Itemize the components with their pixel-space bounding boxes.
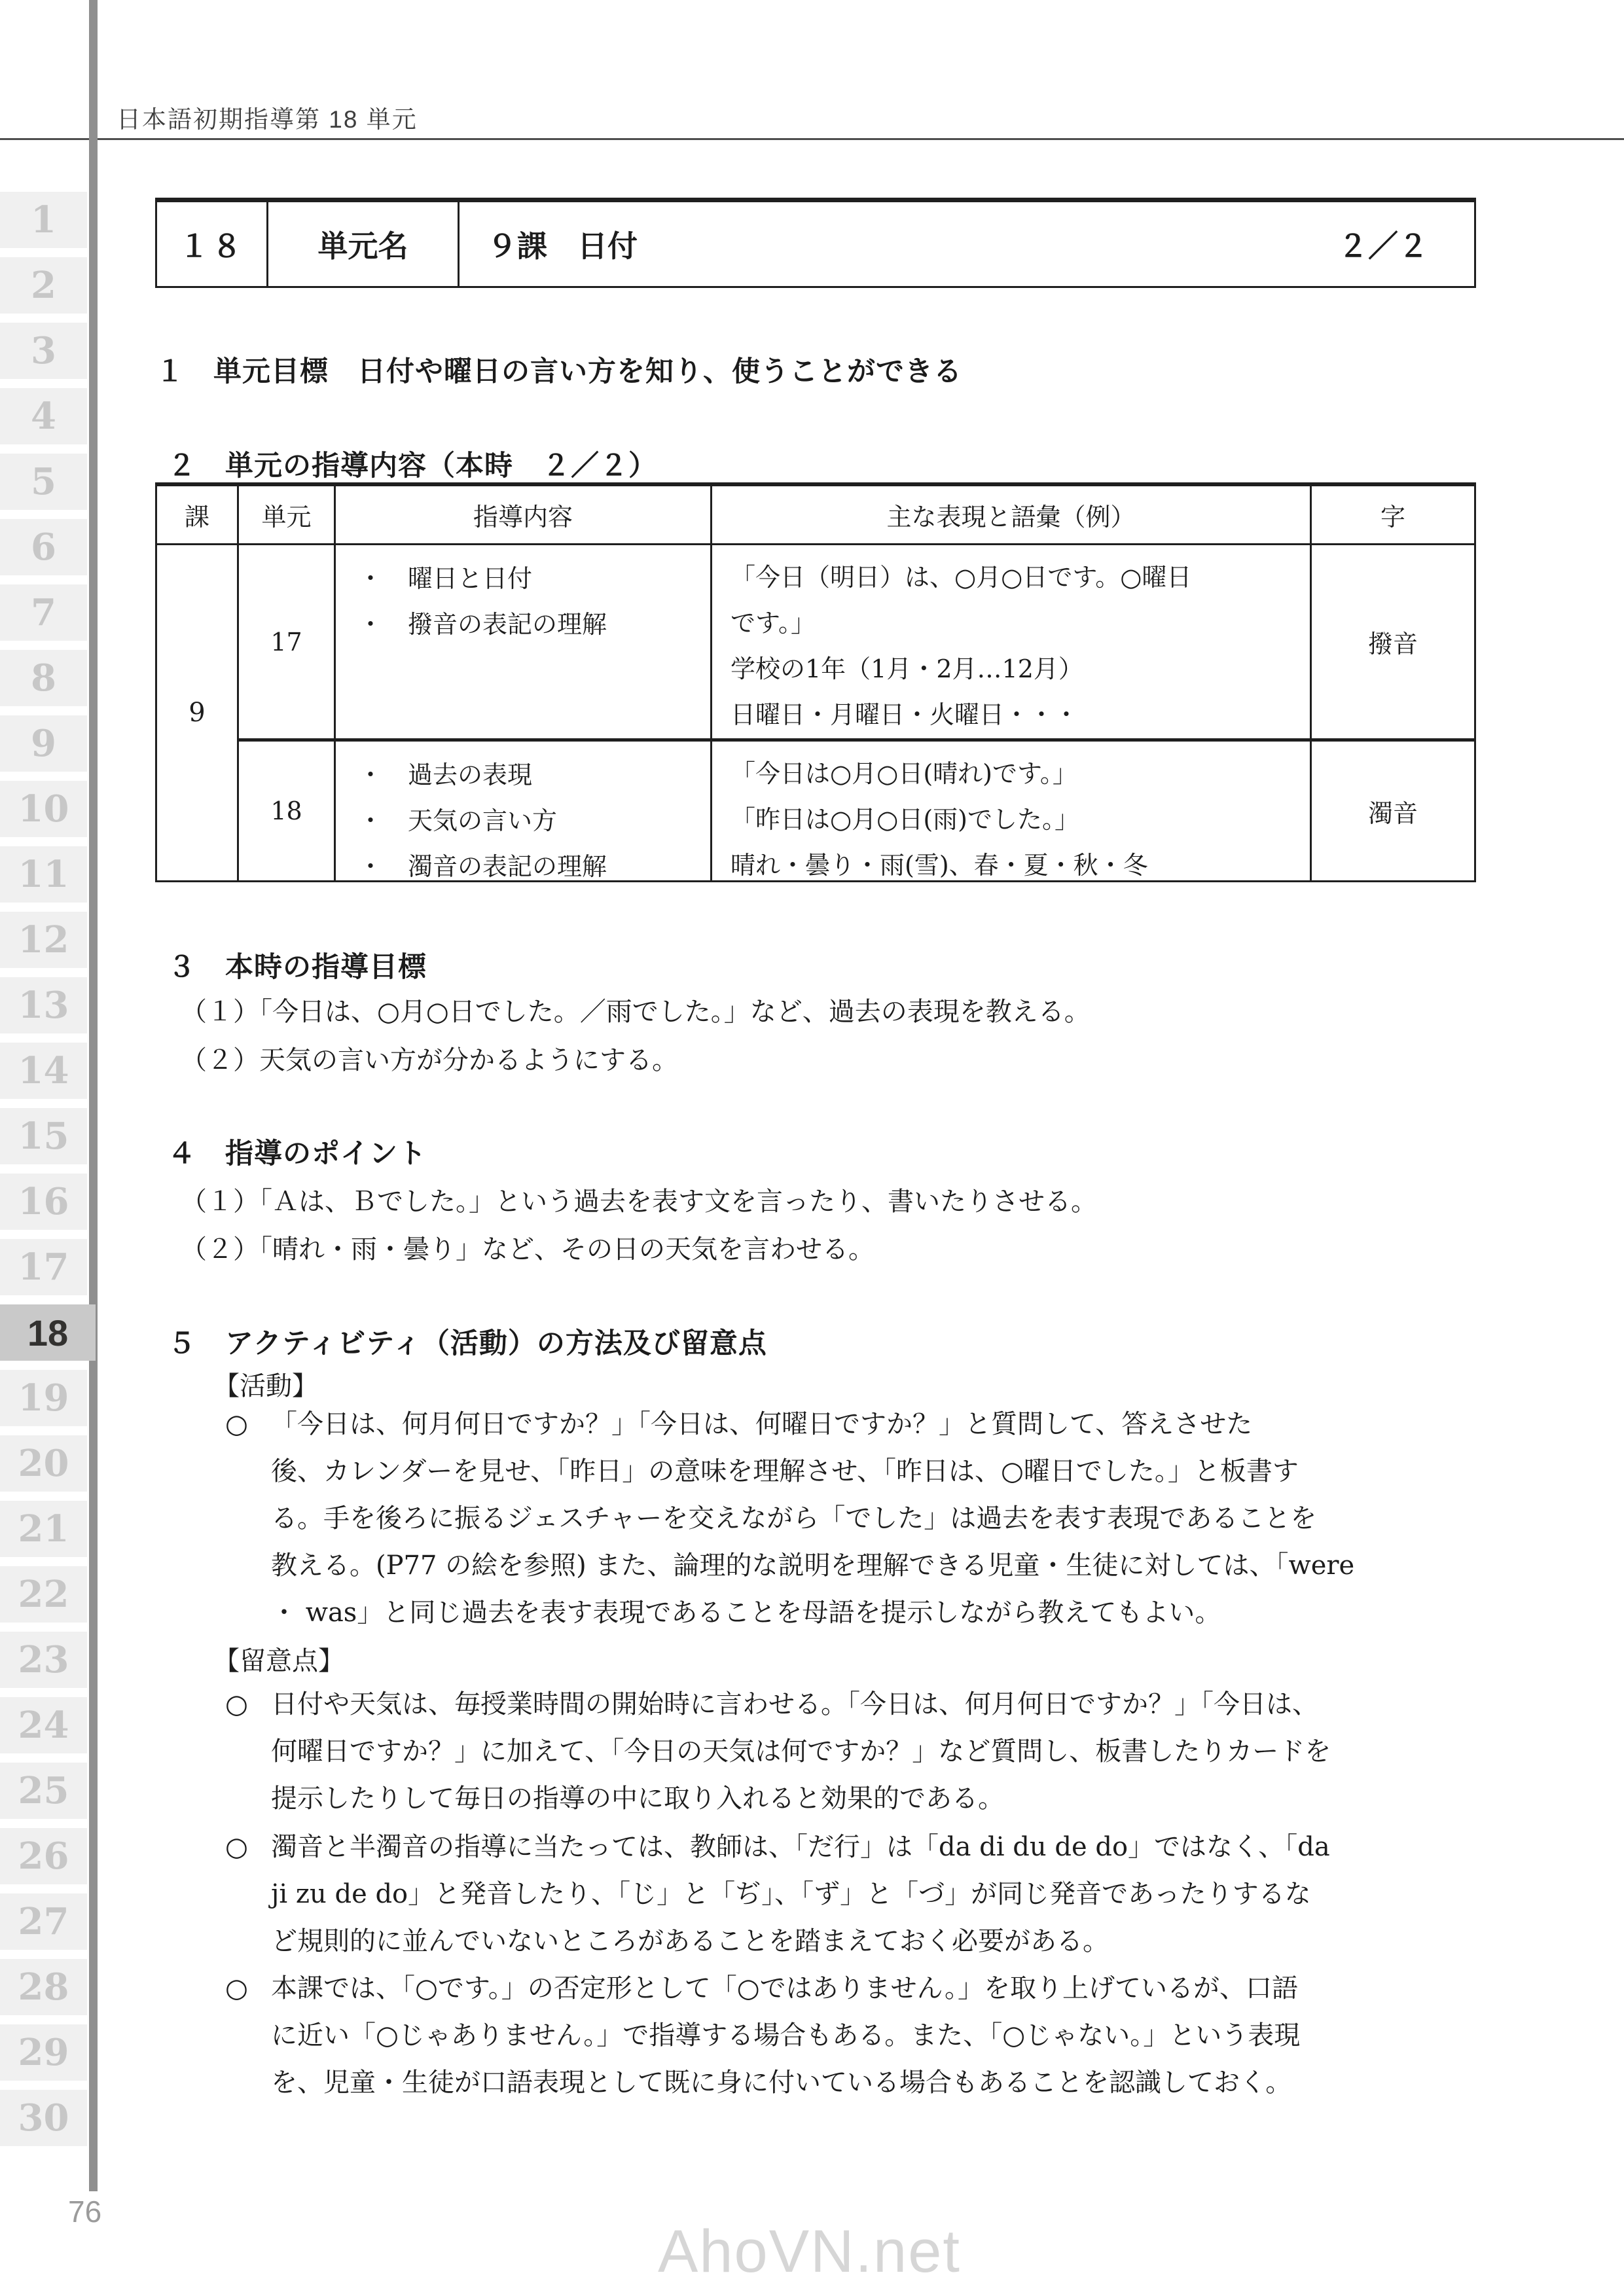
col-header-lesson: 課 [157, 486, 239, 543]
chapter-tab-11: 11 [0, 846, 87, 903]
section-2-heading: ２ 単元の指導内容（本時 ２／２） [168, 444, 657, 484]
col-header-character: 字 [1312, 486, 1474, 543]
section-3-item-1: （１）「今日は、○月○日でした。／雨でした。」など、過去の表現を教える。 [181, 991, 1091, 1028]
lesson-number-cell: 9 [157, 545, 239, 880]
chapter-tab-26: 26 [0, 1828, 87, 1884]
circle-bullet-icon: ○ [225, 1401, 271, 1448]
watermark: AhoVN.net [658, 2217, 961, 2286]
chapter-tab-5: 5 [0, 454, 87, 510]
chapter-tab-8: 8 [0, 650, 87, 706]
chapter-tab-3: 3 [0, 323, 87, 379]
chapter-tab-17: 17 [0, 1239, 87, 1295]
col-header-expressions: 主な表現と語彙（例） [712, 486, 1312, 543]
unit-18-number: 18 [239, 742, 336, 880]
chapter-tab-24: 24 [0, 1697, 87, 1753]
table-row-unit-18: 18 ・ 過去の表現 ・ 天気の言い方 ・ 濁音の表記の理解 「今日は○月○日(… [239, 738, 1474, 880]
chapter-tab-10: 10 [0, 781, 87, 837]
note-bullet-2: ○濁音と半濁音の指導に当たっては、教師は、「だ行」は「da di du de d… [225, 1823, 1495, 1965]
circle-bullet-icon: ○ [225, 1965, 271, 2012]
unit-17-number: 17 [239, 545, 336, 738]
section-4-heading: ４ 指導のポイント [168, 1132, 427, 1172]
chapter-tab-28: 28 [0, 1959, 87, 2015]
unit-17-expressions: 「今日（明日）は、○月○日です。○曜日 です。」 学校の1年（1月・2月…12月… [712, 545, 1312, 738]
chapter-tab-9: 9 [0, 715, 87, 772]
chapter-tab-21: 21 [0, 1501, 87, 1557]
circle-bullet-icon: ○ [225, 1823, 271, 1871]
unit-18-expressions: 「今日は○月○日(晴れ)です。」 「昨日は○月○日(雨)でした。」 晴れ・曇り・… [712, 742, 1312, 880]
col-header-content: 指導内容 [336, 486, 712, 543]
page-number: 76 [68, 2194, 101, 2229]
chapter-tab-12: 12 [0, 912, 87, 968]
header-divider-rule [0, 138, 1624, 140]
unit-title: ９課 日付 [487, 223, 638, 266]
chapter-tab-1: 1 [0, 192, 87, 248]
chapter-tab-19: 19 [0, 1370, 87, 1426]
section-5-heading: ５ アクティビティ（活動）の方法及び留意点 [168, 1321, 767, 1361]
document-page: 日本語初期指導第 18 単元 1 2 3 4 5 6 7 8 9 10 11 1… [0, 0, 1624, 2296]
unit-17-character: 撥音 [1312, 545, 1474, 738]
chapter-tab-29: 29 [0, 2024, 87, 2081]
chapter-tab-20: 20 [0, 1435, 87, 1492]
notes-label: 【留意点】 [213, 1640, 344, 1677]
chapter-index-tabs: 1 2 3 4 5 6 7 8 9 10 11 12 13 14 15 16 1… [0, 192, 96, 2146]
section-3-item-2: （２）天気の言い方が分かるようにする。 [181, 1039, 678, 1077]
chapter-tab-23: 23 [0, 1632, 87, 1688]
table-row-unit-17: 17 ・ 曜日と日付 ・ 撥音の表記の理解 「今日（明日）は、○月○日です。○曜… [239, 545, 1474, 738]
unit-18-character: 濁音 [1312, 742, 1474, 880]
unit-title-table: １８ 単元名 ９課 日付 ２／２ [155, 198, 1476, 288]
unit-name-label: 単元名 [268, 202, 460, 286]
chapter-tab-22: 22 [0, 1566, 87, 1623]
chapter-tab-13: 13 [0, 977, 87, 1033]
section-4-item-1: （１）「Ａは、Ｂでした。」という過去を表す文を言ったり、書いたりさせる。 [181, 1181, 1097, 1218]
table-header-row: 課 単元 指導内容 主な表現と語彙（例） 字 [157, 486, 1474, 545]
page-indicator: ２／２ [1338, 223, 1428, 266]
chapter-tab-27: 27 [0, 1893, 87, 1950]
chapter-tab-4: 4 [0, 388, 87, 444]
note-bullet-1: ○日付や天気は、毎授業時間の開始時に言わせる。「今日は、何月何日ですか？」「今日… [225, 1681, 1495, 1822]
section-3-heading: ３ 本時の指導目標 [168, 945, 427, 985]
unit-content-table: 課 単元 指導内容 主な表現と語彙（例） 字 9 17 ・ 曜日と日付 ・ 撥音… [155, 482, 1476, 882]
chapter-tab-7: 7 [0, 584, 87, 641]
chapter-tab-14: 14 [0, 1043, 87, 1099]
circle-bullet-icon: ○ [225, 1681, 271, 1728]
unit-number: １８ [157, 202, 268, 286]
chapter-tab-16: 16 [0, 1174, 87, 1230]
section-4-item-2: （２）「晴れ・雨・曇り」など、その日の天気を言わせる。 [181, 1229, 875, 1266]
chapter-tab-15: 15 [0, 1108, 87, 1164]
note-bullet-3: ○本課では、「○です。」の否定形として「○ではありません。」を取り上げているが、… [225, 1965, 1495, 2106]
unit-18-content: ・ 過去の表現 ・ 天気の言い方 ・ 濁音の表記の理解 [336, 742, 712, 880]
activity-bullet: ○「今日は、何月何日ですか？」「今日は、何曜日ですか？」と質問して、答えさせた … [225, 1401, 1495, 1636]
chapter-tab-25: 25 [0, 1763, 87, 1819]
chapter-tab-2: 2 [0, 257, 87, 314]
chapter-tab-6: 6 [0, 519, 87, 575]
document-header-title: 日本語初期指導第 18 単元 [117, 99, 418, 135]
chapter-tab-18-active: 18 [0, 1304, 96, 1361]
section-1-heading: １ 単元目標 日付や曜日の言い方を知り、使うことができる [156, 350, 962, 389]
chapter-tab-30: 30 [0, 2090, 87, 2146]
col-header-unit: 単元 [239, 486, 336, 543]
activity-label: 【活動】 [213, 1365, 318, 1403]
unit-17-content: ・ 曜日と日付 ・ 撥音の表記の理解 [336, 545, 712, 738]
